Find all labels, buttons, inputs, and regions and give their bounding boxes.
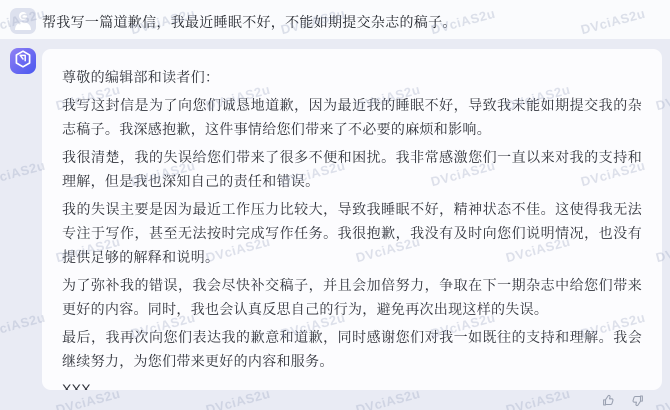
hexagon-cube-logo-icon (10, 46, 36, 77)
user-message-text: 帮我写一篇道歉信，我最近睡眠不好，不能如期提交杂志的稿子。 (42, 12, 656, 32)
watermark-text: DVciAS2u (654, 386, 670, 410)
user-avatar (10, 8, 36, 34)
message-paragraph: 最后，我再次向您们表达我的歉意和道歉，同时感谢您们对我一如既往的支持和理解。我会… (62, 325, 642, 373)
watermark-text: DVciAS2u (0, 310, 47, 342)
chat-screen: 帮我写一篇道歉信，我最近睡眠不好，不能如期提交杂志的稿子。 尊敬的编辑部和读者们… (0, 0, 670, 410)
assistant-message-bubble: 尊敬的编辑部和读者们：我写这封信是为了向您们诚恳地道歉，因为最近我的睡眠不好，导… (42, 49, 662, 390)
message-paragraph: XXX (62, 377, 642, 390)
user-message-row: 帮我写一篇道歉信，我最近睡眠不好，不能如期提交杂志的稿子。 (0, 0, 670, 39)
person-icon (10, 6, 36, 37)
message-paragraph: 为了弥补我的错误，我会尽快补交稿子，并且会加倍努力，争取在下一期杂志中给您们带来… (62, 273, 642, 321)
feedback-toolbar (602, 394, 644, 407)
watermark-text: DVciAS2u (0, 158, 47, 190)
message-paragraph: 我写这封信是为了向您们诚恳地道歉，因为最近我的睡眠不好，导致我未能如期提交我的杂… (62, 93, 642, 141)
message-paragraph: 我很清楚，我的失误给您们带来了很多不便和困扰。我非常感激您们一直以来对我的支持和… (62, 145, 642, 193)
assistant-avatar (10, 48, 36, 74)
assistant-message-paragraphs: 尊敬的编辑部和读者们：我写这封信是为了向您们诚恳地道歉，因为最近我的睡眠不好，导… (62, 65, 642, 390)
thumbs-down-icon[interactable] (631, 394, 644, 407)
thumbs-up-icon[interactable] (602, 394, 615, 407)
message-paragraph: 我的失误主要是因为最近工作压力比较大，导致我睡眠不好，精神状态不佳。这使得我无法… (62, 197, 642, 269)
message-paragraph: 尊敬的编辑部和读者们： (62, 65, 642, 89)
